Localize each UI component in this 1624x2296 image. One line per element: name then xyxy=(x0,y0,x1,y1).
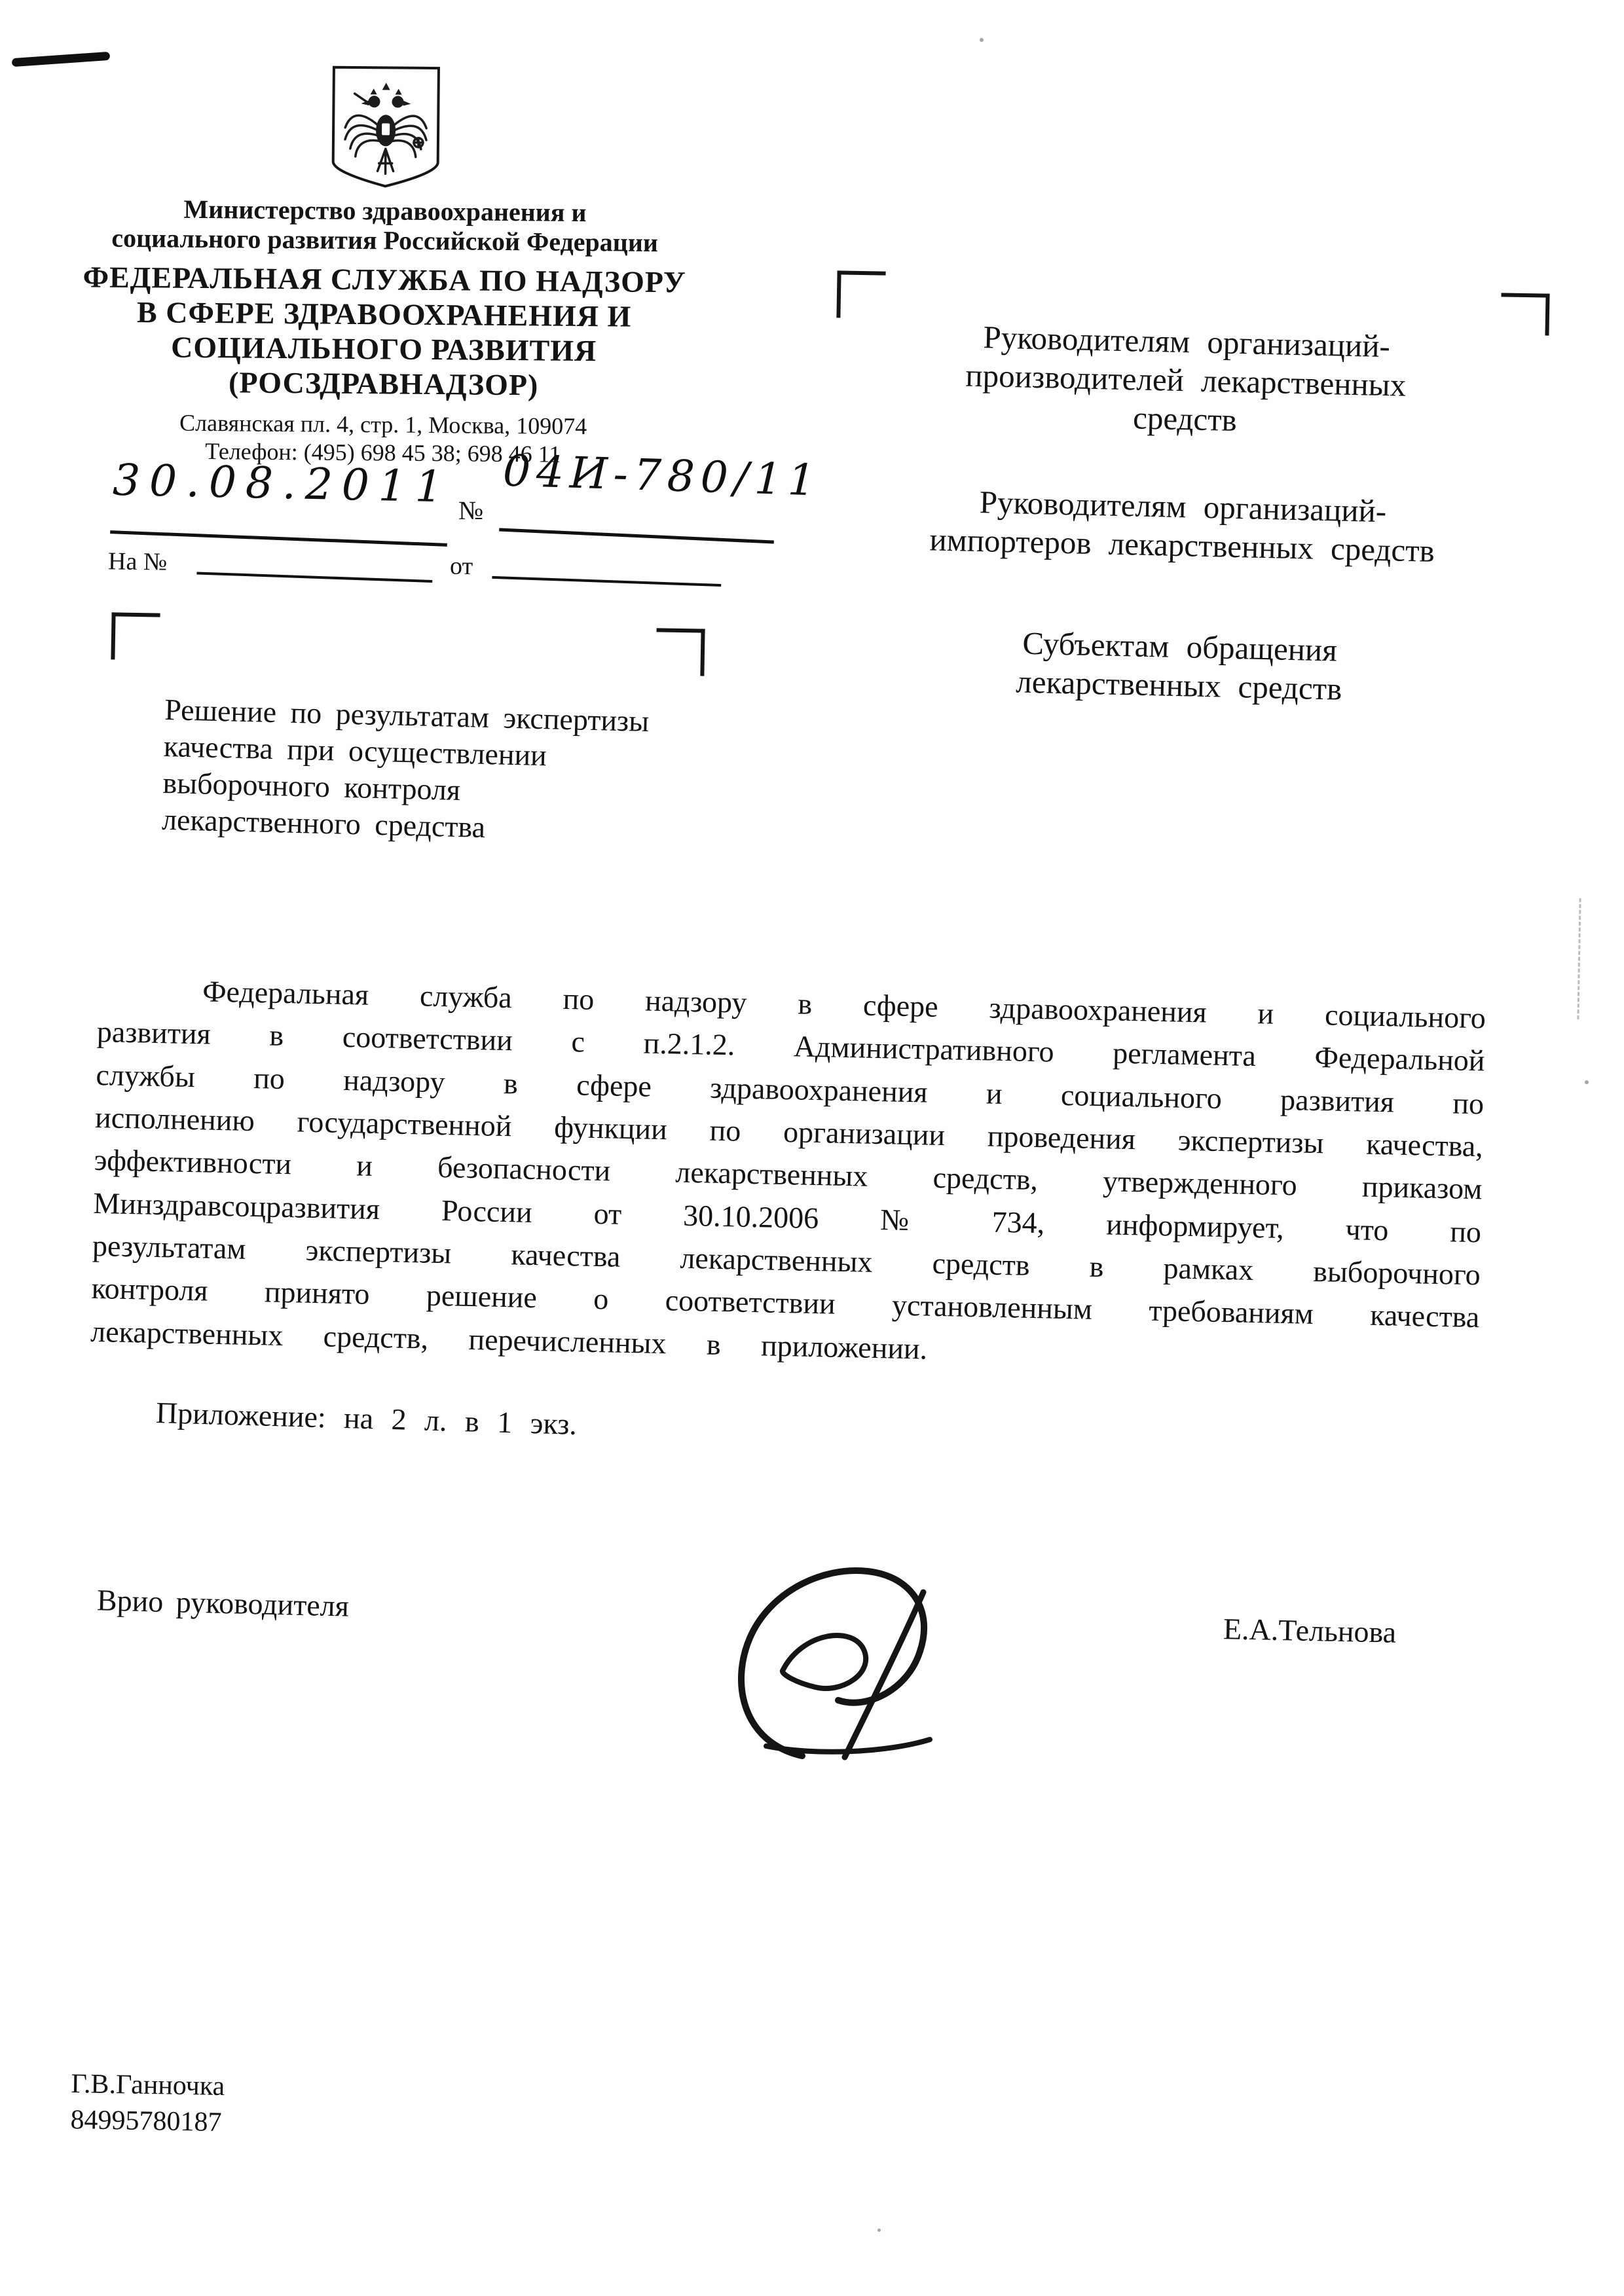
recipient-importers: Руководителям организаций- импортеров ле… xyxy=(858,481,1507,572)
recipients-block: Руководителям организаций- производителе… xyxy=(853,316,1511,762)
reply-number-label: На № xyxy=(108,547,168,576)
corner-mark-recipients-left xyxy=(836,270,885,318)
service-line: СОЦИАЛЬНОГО РАЗВИТИЯ xyxy=(53,329,714,370)
number-sign: № xyxy=(458,495,483,526)
reply-from-label: от xyxy=(450,552,473,581)
body-paragraph: Федеральная служба по надзору в сфере зд… xyxy=(90,968,1486,1381)
number-underline xyxy=(499,528,774,543)
recipient-circulation-subjects: Субъектам обращения лекарственных средст… xyxy=(855,621,1504,712)
signer-position: Врио руководителя xyxy=(96,1582,349,1623)
scan-artifact-speck xyxy=(1585,1080,1589,1084)
executor-name: Г.В.Ганночка xyxy=(71,2066,225,2105)
signer-name: Е.А.Тельнова xyxy=(1223,1611,1396,1650)
ministry-line: социального развития Российской Федераци… xyxy=(54,223,715,258)
signature-scribble-icon xyxy=(704,1553,966,1769)
attachment-note: Приложение: на 2 л. в 1 экз. xyxy=(155,1395,577,1442)
executor-block: Г.В.Ганночка 84995780187 xyxy=(70,2066,225,2140)
service-line: В СФЕРЕ ЗДРАВООХРАНЕНИЯ И xyxy=(53,295,714,335)
reply-date-blank xyxy=(492,550,722,587)
coat-of-arms-icon xyxy=(326,65,445,191)
scan-artifact-speck xyxy=(980,38,984,42)
handwritten-date: 30.08.2011 xyxy=(112,455,452,513)
service-line: ФЕДЕРАЛЬНАЯ СЛУЖБА ПО НАДЗОРУ xyxy=(54,260,715,301)
subject-block: Решение по результатам экспертизы качест… xyxy=(162,691,754,852)
executor-phone: 84995780187 xyxy=(70,2102,225,2141)
letterhead: Министерство здравоохранения и социально… xyxy=(52,62,717,470)
reply-number-blank xyxy=(196,545,433,583)
service-name: ФЕДЕРАЛЬНАЯ СЛУЖБА ПО НАДЗОРУ В СФЕРЕ ЗД… xyxy=(53,260,716,404)
ministry-name: Министерство здравоохранения и социально… xyxy=(54,193,716,258)
recipient-manufacturers: Руководителям организаций- производителе… xyxy=(860,316,1511,446)
date-underline xyxy=(110,530,447,547)
scan-artifact-dashed-line xyxy=(1577,898,1581,1019)
corner-mark-subject-left xyxy=(111,612,160,660)
corner-mark-recipients-right xyxy=(1500,293,1549,335)
scanned-letter-page: Министерство здравоохранения и социально… xyxy=(0,0,1624,2296)
service-line: (РОСЗДРАВНАДЗОР) xyxy=(53,364,714,405)
reply-reference-row: На № от xyxy=(108,547,829,585)
handwritten-number: 04И-780/11 xyxy=(502,445,822,505)
corner-mark-subject-right xyxy=(655,628,705,676)
scan-artifact-speck xyxy=(877,2229,881,2232)
